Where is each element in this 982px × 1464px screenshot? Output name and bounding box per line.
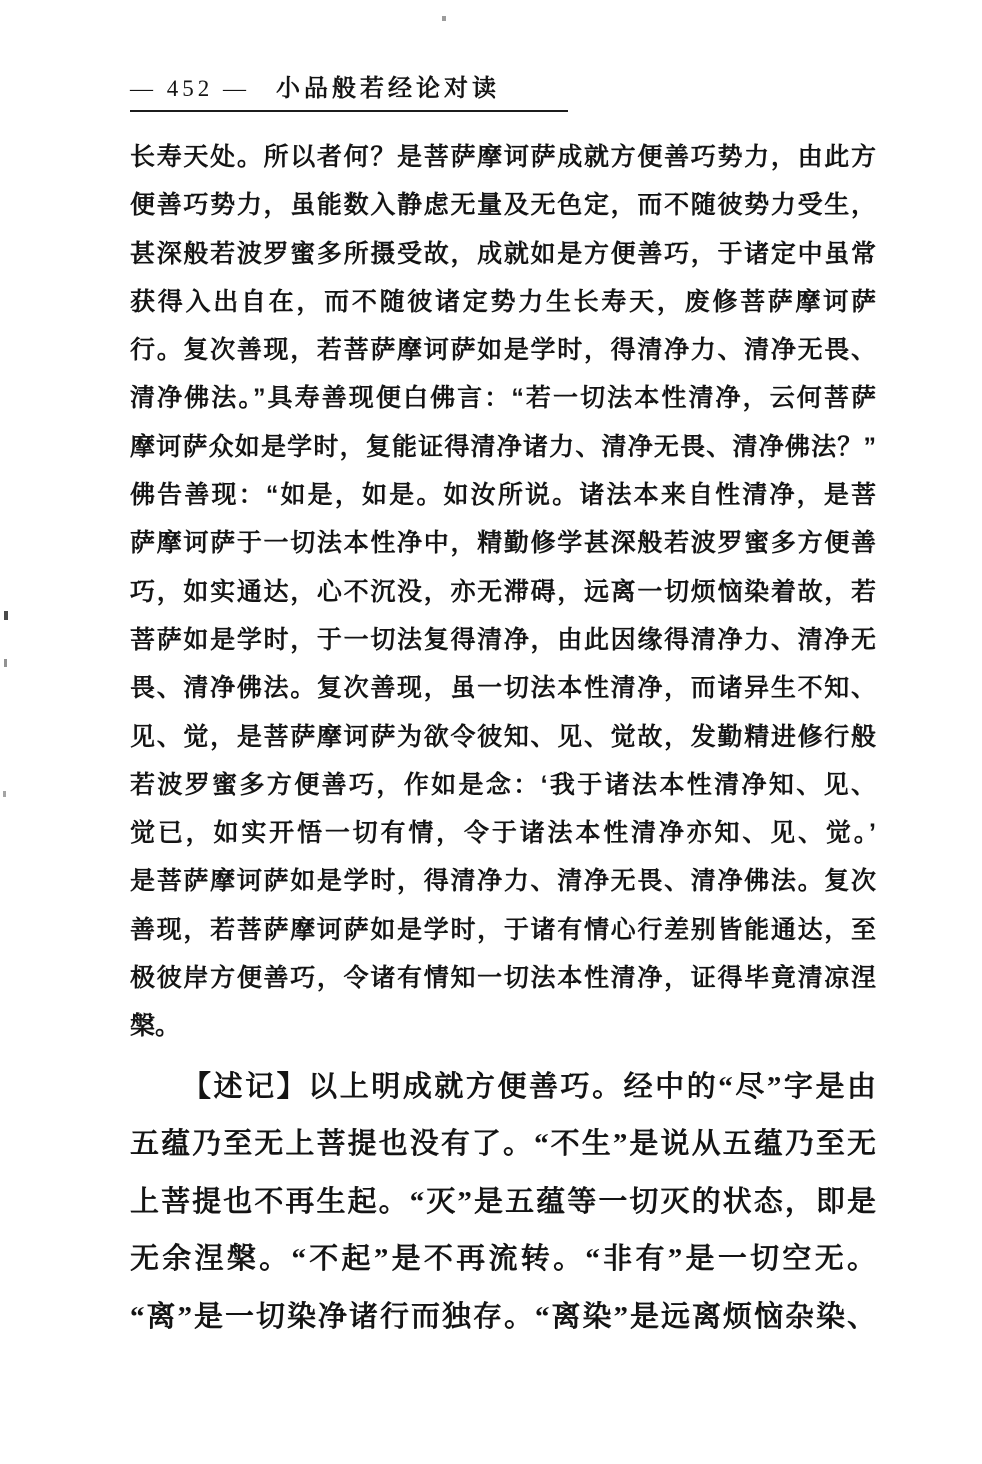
commentary-line: “离”是一切染净诸行而独存。“离染”是远离烦恼杂染、 <box>130 1289 876 1347</box>
sutra-text-block: 长寿天处。所以者何？是菩萨摩诃萨成就方便善巧势力，由此方 便善巧势力，虽能数入静… <box>130 133 876 1051</box>
sutra-line: 长寿天处。所以者何？是菩萨摩诃萨成就方便善巧势力，由此方 <box>130 133 876 181</box>
sutra-line: 清净佛法。”具寿善现便白佛言：“若一切法本性清净，云何菩萨 <box>130 374 876 422</box>
commentary-line: 无余涅槃。“不起”是不再流转。“非有”是一切空无。 <box>130 1231 876 1289</box>
page-number: — 452 — <box>130 76 250 102</box>
sutra-line: 获得入出自在，而不随彼诸定势力生长寿天，废修菩萨摩诃萨 <box>130 278 876 326</box>
scan-speck <box>4 611 8 620</box>
scan-speck <box>442 16 446 21</box>
sutra-line: 极彼岸方便善巧，令诸有情知一切法本性清净，证得毕竟清凉涅 <box>130 954 876 1002</box>
sutra-line: 畏、清净佛法。复次善现，虽一切法本性清净，而诸异生不知、 <box>130 664 876 712</box>
commentary-block: 【述记】以上明成就方便善巧。经中的“尽”字是由 五蕴乃至无上菩提也没有了。“不生… <box>130 1059 876 1347</box>
sutra-line: 巧，如实通达，心不沉没，亦无滞碍，远离一切烦恼染着故，若 <box>130 568 876 616</box>
sutra-line: 甚深般若波罗蜜多所摄受故，成就如是方便善巧，于诸定中虽常 <box>130 230 876 278</box>
page-header: — 452 — 小品般若经论对读 <box>130 68 568 112</box>
sutra-line: 摩诃萨众如是学时，复能证得清净诸力、清净无畏、清净佛法？” <box>130 423 876 471</box>
sutra-line: 槃。 <box>130 1002 876 1050</box>
sutra-line: 行。复次善现，若菩萨摩诃萨如是学时，得清净力、清净无畏、 <box>130 326 876 374</box>
sutra-line: 萨摩诃萨于一切法本性净中，精勤修学甚深般若波罗蜜多方便善 <box>130 519 876 567</box>
sutra-line: 善现，若菩萨摩诃萨如是学时，于诸有情心行差别皆能通达，至 <box>130 906 876 954</box>
sutra-line: 见、觉，是菩萨摩诃萨为欲令彼知、见、觉故，发勤精进修行般 <box>130 713 876 761</box>
book-title: 小品般若经论对读 <box>276 68 500 103</box>
scan-speck <box>4 659 7 667</box>
page-body: 长寿天处。所以者何？是菩萨摩诃萨成就方便善巧势力，由此方 便善巧势力，虽能数入静… <box>130 133 876 1346</box>
book-page: — 452 — 小品般若经论对读 长寿天处。所以者何？是菩萨摩诃萨成就方便善巧势… <box>0 0 982 1464</box>
sutra-line: 若波罗蜜多方便善巧，作如是念：‘我于诸法本性清净知、见、 <box>130 761 876 809</box>
commentary-line: 【述记】以上明成就方便善巧。经中的“尽”字是由 <box>130 1059 876 1117</box>
scan-speck <box>3 791 6 797</box>
commentary-line: 五蕴乃至无上菩提也没有了。“不生”是说从五蕴乃至无 <box>130 1116 876 1174</box>
sutra-line: 佛告善现：“如是，如是。如汝所说。诸法本来自性清净，是菩 <box>130 471 876 519</box>
sutra-line: 觉已，如实开悟一切有情，令于诸法本性清净亦知、见、觉。’ <box>130 809 876 857</box>
sutra-line: 菩萨如是学时，于一切法复得清净，由此因缘得清净力、清净无 <box>130 616 876 664</box>
sutra-line: 便善巧势力，虽能数入静虑无量及无色定，而不随彼势力受生， <box>130 181 876 229</box>
sutra-line: 是菩萨摩诃萨如是学时，得清净力、清净无畏、清净佛法。复次 <box>130 857 876 905</box>
commentary-line: 上菩提也不再生起。“灭”是五蕴等一切灭的状态，即是 <box>130 1174 876 1232</box>
